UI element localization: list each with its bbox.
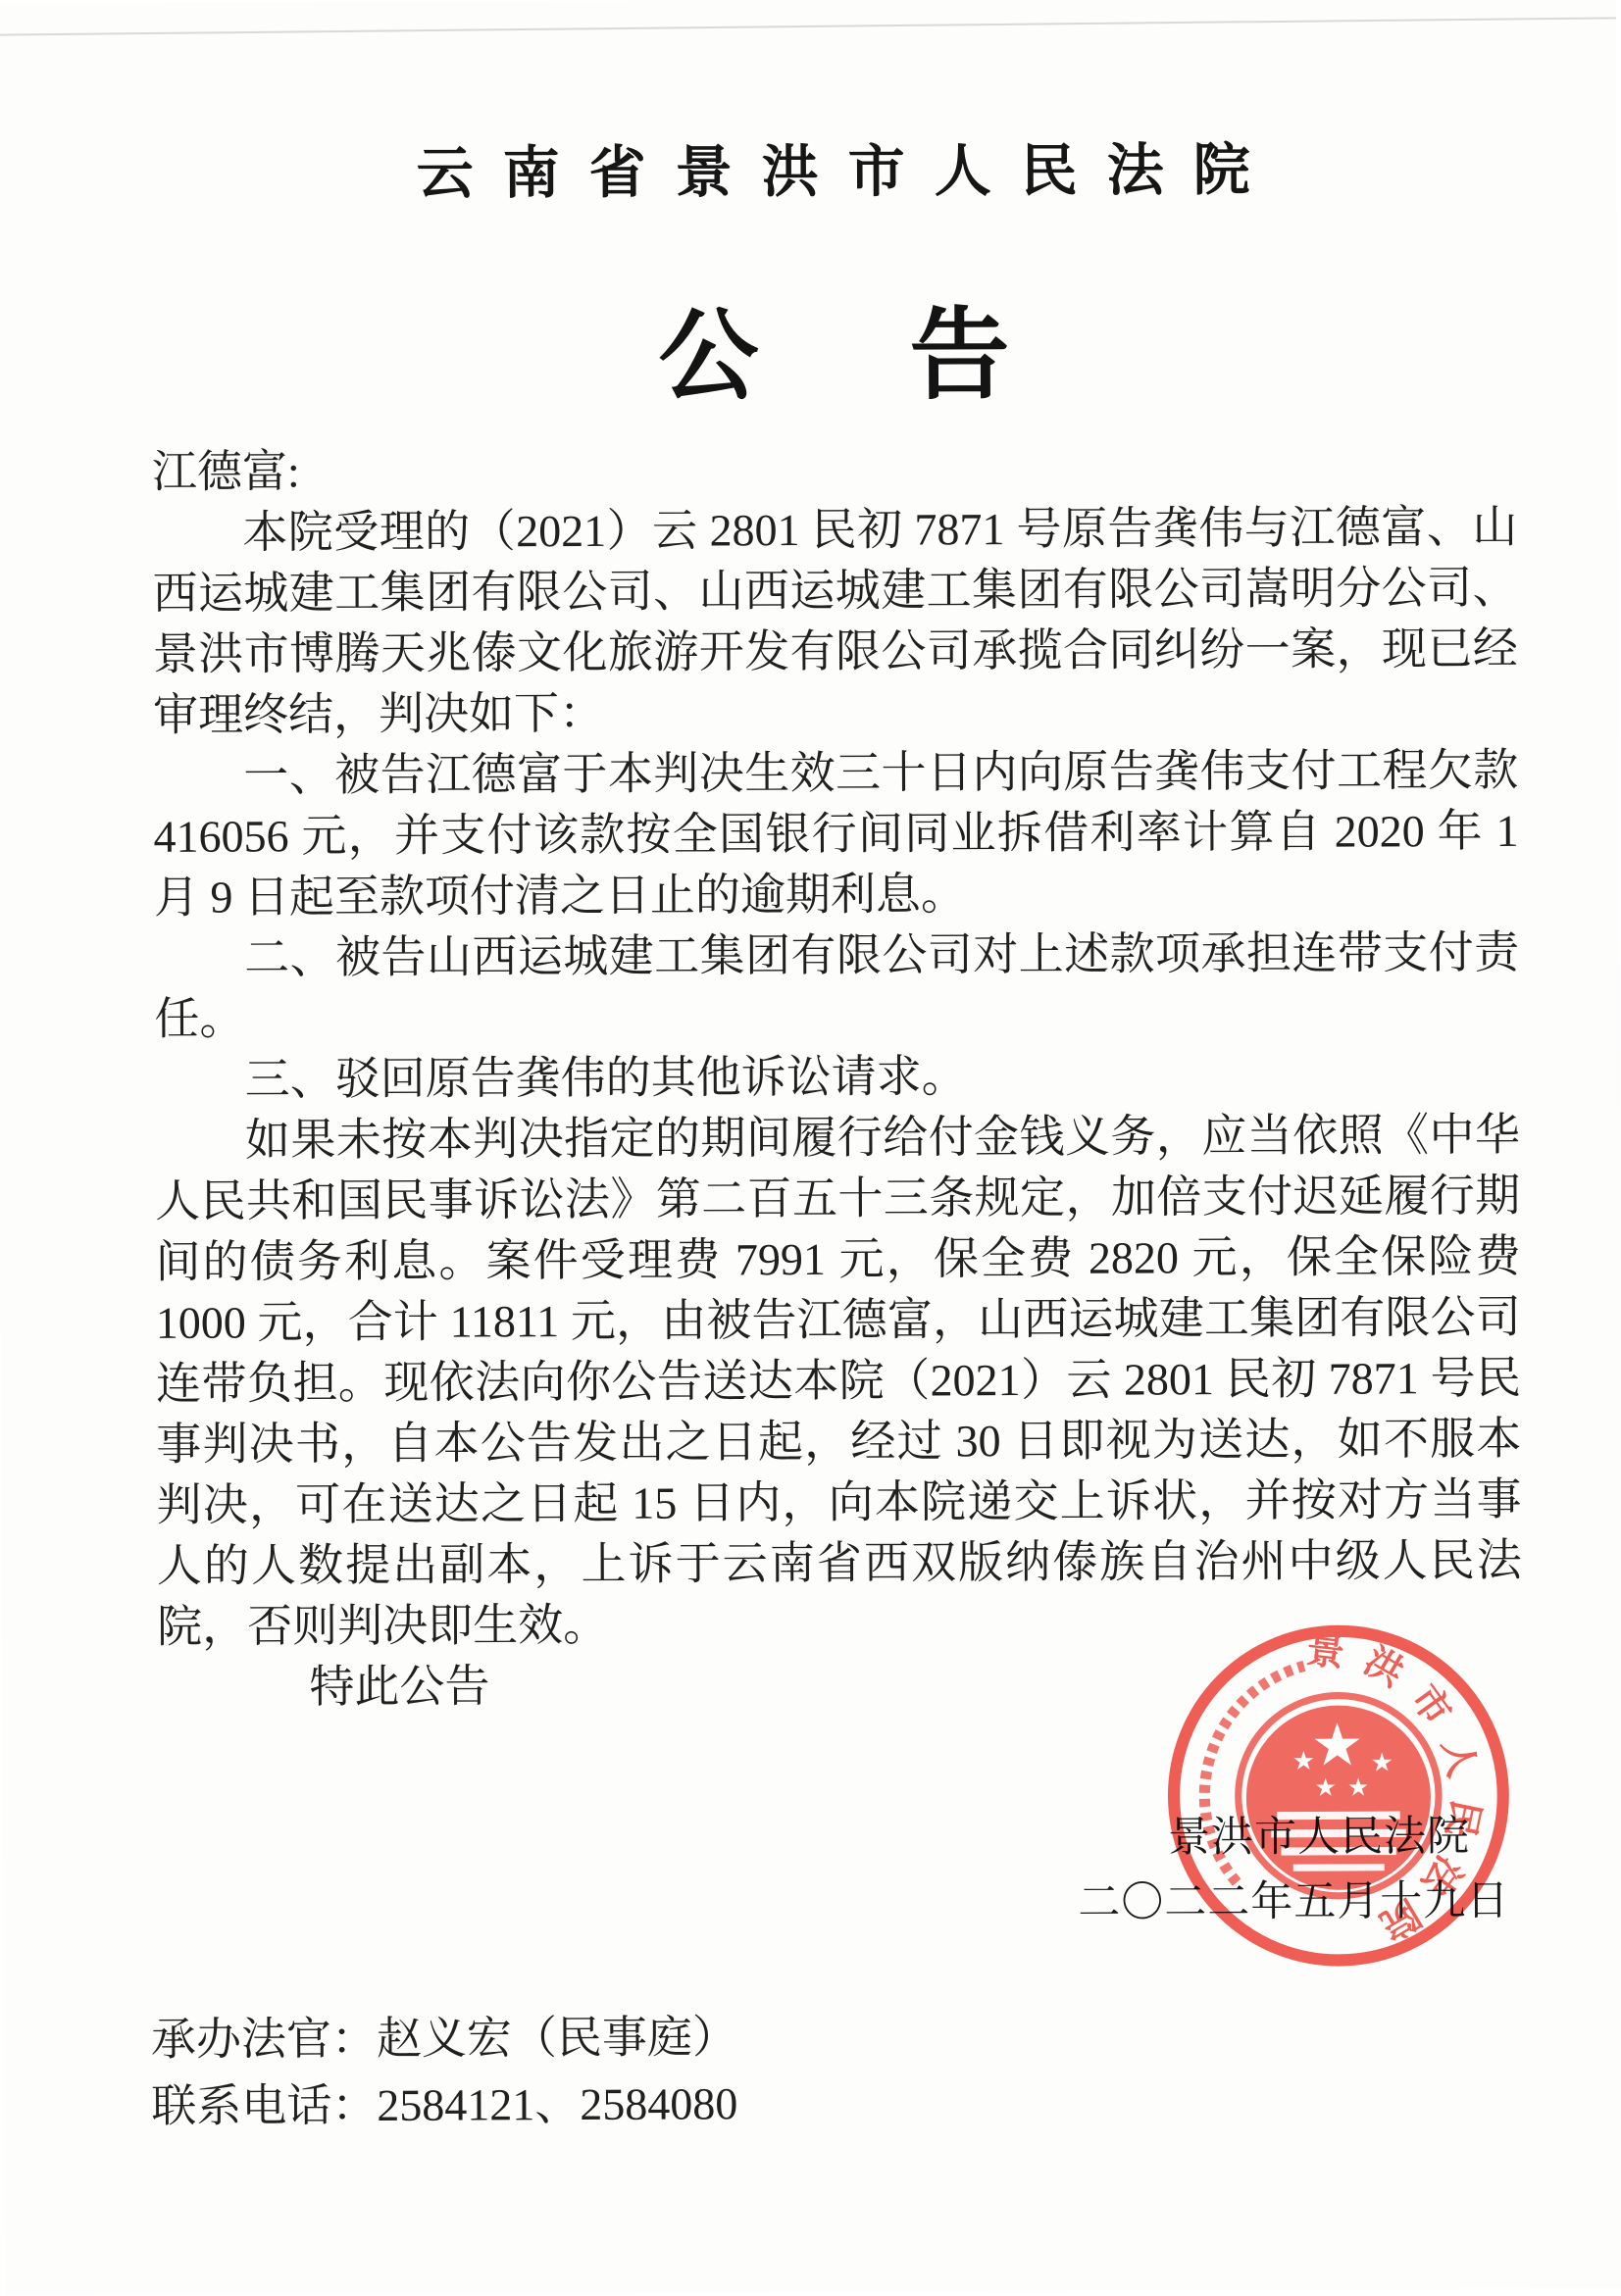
judge-line: 承办法官：赵义宏（民事庭） [151,2006,737,2071]
judge-label: 承办法官： [151,2014,377,2065]
body-paragraph: 二、被告山西运城建工集团有限公司对上述款项承担连带支付责任。 [154,923,1520,1050]
phone-label: 联系电话： [151,2080,377,2131]
court-announcement-document: 云南省景洪市人民法院 公 告 江德富: 本院受理的（2021）云 2801 民初… [0,0,1621,2296]
body-paragraph: 一、被告江德富于本判决生效三十日内向原告龚伟支付工程欠款 416056 元，并支… [153,740,1519,928]
official-court-seal: 景洪市人民法院 [1159,1617,1518,1975]
judge-name: 赵义宏（民事庭） [377,2012,737,2064]
court-name-header: 云南省景洪市人民法院 [150,123,1515,211]
phone-line: 联系电话：2584121、2584080 [151,2072,737,2138]
seal-national-emblem-icon [1245,1705,1431,1890]
body-paragraph: 本院受理的（2021）云 2801 民初 7871 号原告龚伟与江德富、山西运城… [152,497,1518,746]
body-text: 江德富: 本院受理的（2021）云 2801 民初 7871 号原告龚伟与江德富… [152,436,1523,1719]
phone-numbers: 2584121、2584080 [377,2078,737,2130]
footer-contact-block: 承办法官：赵义宏（民事庭） 联系电话：2584121、2584080 [151,2006,738,2142]
body-paragraphs: 本院受理的（2021）云 2801 民初 7871 号原告龚伟与江德富、山西运城… [152,497,1522,1658]
document-title: 公 告 [151,274,1517,423]
recipient-line: 江德富: [152,436,1517,503]
body-paragraph: 三、驳回原告龚伟的其他诉讼请求。 [155,1044,1520,1111]
scan-artifact-line [0,17,1616,35]
body-paragraph: 如果未按本判决指定的期间履行给付金钱义务，应当依照《中华人民共和国民事诉讼法》第… [155,1105,1522,1658]
